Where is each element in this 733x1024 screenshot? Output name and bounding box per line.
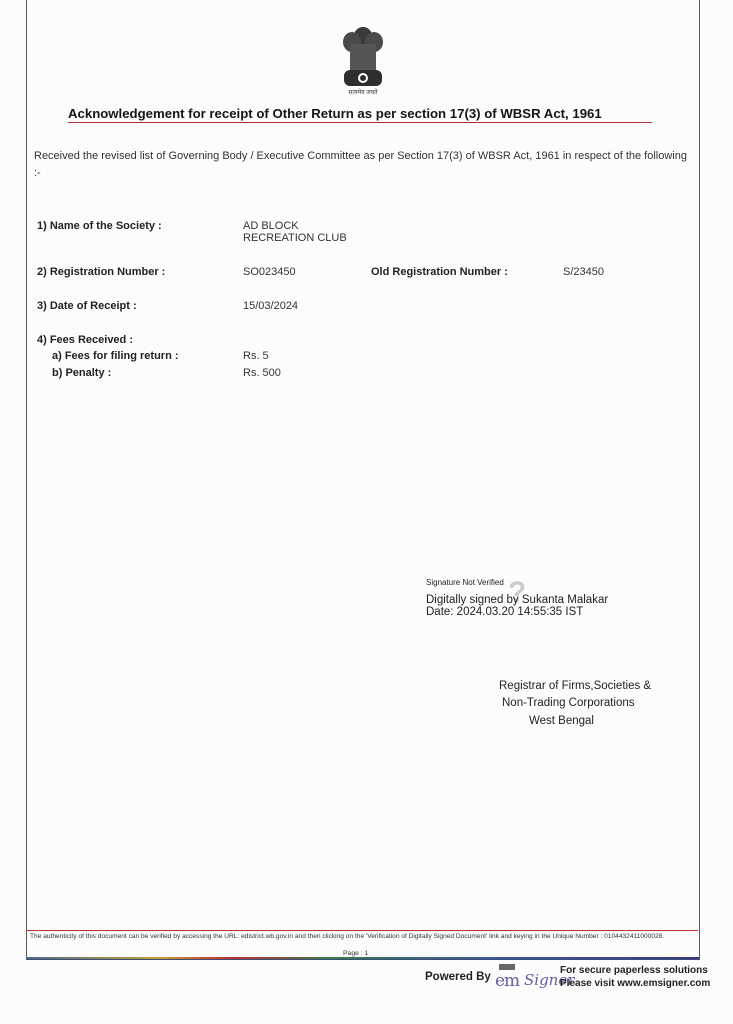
registrar-line2: Non-Trading Corporations (502, 697, 635, 709)
page-number: Page : 1 (343, 950, 368, 957)
registration-number-value: SO023450 (243, 266, 296, 278)
intro-text: Received the revised list of Governing B… (34, 148, 694, 182)
old-registration-number-value: S/23450 (563, 266, 604, 278)
page-title: Acknowledgement for receipt of Other Ret… (68, 106, 652, 123)
registrar-line1: Registrar of Firms,Societies & (499, 680, 651, 692)
society-name-line1: AD BLOCK (243, 220, 299, 232)
registrar-line3: West Bengal (529, 715, 594, 727)
filing-fee-label: a) Fees for filing return : (52, 350, 179, 362)
footer-divider (26, 957, 699, 959)
penalty-label: b) Penalty : (52, 367, 111, 379)
date-of-receipt-value: 15/03/2024 (243, 300, 298, 312)
signature-date: Date: 2024.03.20 14:55:35 IST (426, 606, 583, 619)
penalty-value: Rs. 500 (243, 367, 281, 379)
signature-status: Signature Not Verified (426, 578, 504, 587)
emsigner-website: Please visit www.emsigner.com (560, 978, 710, 989)
fees-received-label: 4) Fees Received : (37, 334, 133, 346)
powered-by-label: Powered By (425, 971, 491, 983)
old-registration-number-label: Old Registration Number : (371, 266, 508, 278)
emblem-motto: सत्यमेव जयते (330, 88, 396, 96)
date-of-receipt-label: 3) Date of Receipt : (37, 300, 137, 312)
emsigner-logo-em: em (495, 971, 519, 991)
emsigner-tagline: For secure paperless solutions (560, 965, 708, 976)
filing-fee-value: Rs. 5 (243, 350, 269, 362)
verification-note: The authenticity of this document can be… (30, 933, 695, 941)
registration-number-label: 2) Registration Number : (37, 266, 165, 278)
document-frame (26, 0, 700, 960)
emsigner-logo-icon (499, 964, 515, 970)
society-name-line2: RECREATION CLUB (243, 232, 347, 244)
society-name-label: 1) Name of the Society : (37, 220, 162, 232)
